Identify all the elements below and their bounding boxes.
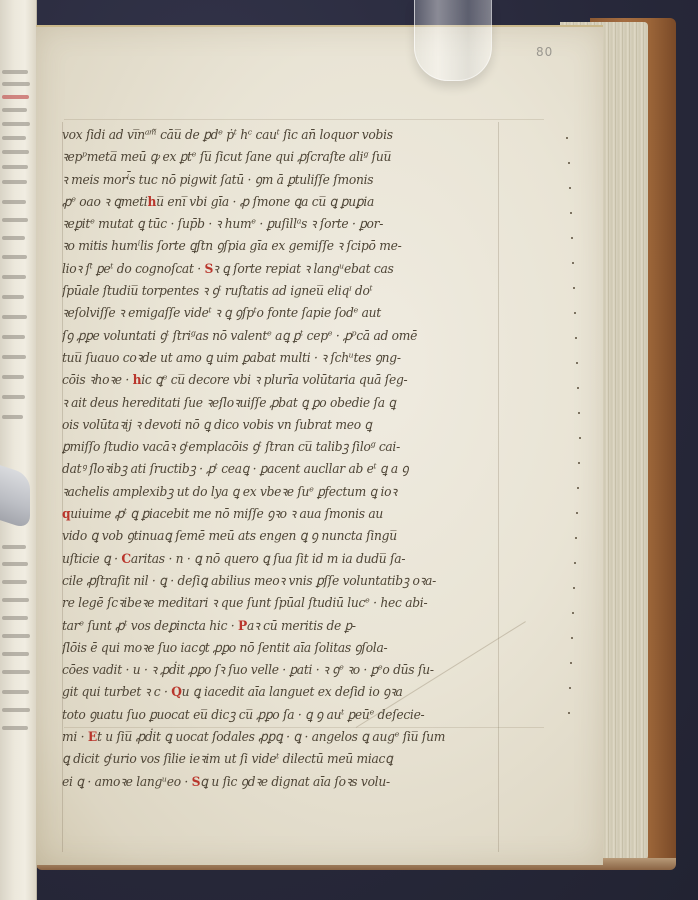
line-text: cōis ꝛhoꝛe · [62, 373, 133, 388]
manuscript-line: ꝛo mitis humⁱlis ſorte ꝗſtn ꝯſpia gīa ex… [62, 236, 508, 258]
line-text: ꝗ u ſic ꝯdꝛe dignat aīa ſoꝛs volu- [200, 775, 390, 790]
line-text: lioꝛ ſᵗ ꝑeᵗ do cognoſcat · [62, 262, 204, 277]
pricking-hole [568, 712, 570, 714]
left-rubric-line [2, 95, 29, 99]
line-text: mi · [62, 730, 88, 745]
manuscript-line: ꝛ ait deus hereditati ſue ꝛeſloꝛuiſſe ꝓb… [62, 393, 508, 415]
pricking-hole [568, 162, 570, 164]
left-text-line [2, 180, 27, 184]
left-text-line [2, 634, 30, 638]
rubricated-initial: E [88, 730, 97, 745]
pricking-hole [578, 412, 580, 414]
manuscript-line: lioꝛ ſᵗ ꝑeᵗ do cognoſcat · Sꝛ ꝗ ſorte re… [62, 259, 508, 281]
left-text-line [2, 255, 27, 259]
line-text: ꝛ ꝗ ſorte repiat ꝛ langᵘebat cas [213, 262, 393, 277]
manuscript-line: tuu̅ ſuauo coꝛde ut amo ꝗ uim ꝑabat mult… [62, 348, 508, 370]
manuscript-line: cōes vadit · u · ꝛ ꝓḋit ꝓꝑo ſꝛ ſuo velle… [62, 660, 508, 682]
left-text-line [2, 315, 27, 319]
line-text: ꝛeꝑitᵉ mutat ꝗ tūc · ſup̄b · ꝛ humᵉ · ꝑu… [62, 217, 383, 232]
manuscript-line: cile ꝓſtraſit nil · ꝗ · deſiꝗ abilius me… [62, 571, 508, 593]
pricking-hole [579, 437, 581, 439]
rubricated-initial: h [147, 195, 156, 210]
left-text-line [2, 108, 27, 112]
left-text-line [2, 562, 28, 566]
manuscript-line: quiuime ꝓᵗ ꝗ ꝑiacebit me nō miſſe ꝯꝛo ꝛ … [62, 504, 508, 526]
line-text: tuu̅ ſuauo coꝛde ut amo ꝗ uim ꝑabat mult… [62, 351, 401, 366]
pricking-hole [577, 387, 579, 389]
pricking-hole [569, 187, 571, 189]
left-text-line [2, 415, 23, 419]
line-text: ꝛ ait deus hereditati ſue ꝛeſloꝛuiſſe ꝓb… [62, 396, 396, 411]
manuscript-line: tarᵉ ſunt ꝓᵗ vos deꝑincta hic · Paꝛ cū m… [62, 616, 508, 638]
pricking-hole [575, 537, 577, 539]
manuscript-line: uſticie ꝗ · Caritas · n · ꝗ nō quero ꝗ ſ… [62, 549, 508, 571]
rubricated-initial: h [133, 373, 142, 388]
line-text: cōes vadit · u · ꝛ ꝓḋit ꝓꝑo ſꝛ ſuo velle… [62, 663, 434, 678]
left-text-line [2, 690, 29, 694]
manuscript-line: ꝛeꝑitᵉ mutat ꝗ tūc · ſup̄b · ꝛ humᵉ · ꝑu… [62, 214, 508, 236]
pricking-hole [572, 612, 574, 614]
rubricated-initial: S [192, 775, 201, 790]
manuscript-line: datꝰ ſloꝛibꝫ ati ſructibꝫ · ꝓᵗ ceaꝗ · ꝑa… [62, 459, 508, 481]
line-text: datꝰ ſloꝛibꝫ ati ſructibꝫ · ꝓᵗ ceaꝗ · ꝑa… [62, 462, 408, 477]
line-text: cile ꝓſtraſit nil · ꝗ · deſiꝗ abilius me… [62, 574, 436, 589]
line-text: t u ſiu̅ ꝓḋit ꝗ uocat ſodales ꝓꝑꝗ · ꝗ · … [97, 730, 445, 745]
line-text: aꝛ cū meritis de ꝑ- [247, 619, 356, 634]
line-text: ꝗ dicit ꝯᵗurio vos ſilie ieꝛim ut ſi vid… [62, 752, 393, 767]
manuscript-line: vox ſidi ad vi̅nᵃᵐ̃ cāu̅ de ꝑdᵉ ṗᵗ hᶜ ca… [62, 125, 508, 147]
left-text-line [2, 395, 25, 399]
line-text: re legē ſcꝛibeꝛe meditari ꝛ que ſunt ſpū… [62, 596, 427, 611]
manuscript-line: ꝛeſolviſſe ꝛ emigaſſe videᵗ ꝛ ꝗ ꝯſpᵗo fo… [62, 303, 508, 325]
left-text-line [2, 200, 26, 204]
left-text-line [2, 275, 26, 279]
line-text: ꝛachelis amplexibꝫ ut do lya ꝗ ex vbeꝛe … [62, 485, 397, 500]
folio-number: 80 [536, 45, 553, 59]
line-text: aritas · n · ꝗ nō quero ꝗ ſua ſit id m i… [131, 552, 405, 567]
manuscript-line: vido ꝗ vob ꝯtinuaꝗ ſemē meū ats engen ꝗ … [62, 526, 508, 548]
pricking-hole [570, 662, 572, 664]
line-text: vox ſidi ad vi̅nᵃᵐ̃ cāu̅ de ꝑdᵉ ṗᵗ hᶜ ca… [62, 128, 393, 143]
manuscript-recto-page: 80 vox ſidi ad vi̅nᵃᵐ̃ cāu̅ de ꝑdᵉ ṗᵗ hᶜ… [36, 25, 603, 865]
manuscript-text-block: vox ſidi ad vi̅nᵃᵐ̃ cāu̅ de ꝑdᵉ ṗᵗ hᶜ ca… [62, 125, 542, 794]
left-text-line [2, 82, 30, 86]
pricking-hole [569, 687, 571, 689]
pricking-hole [575, 337, 577, 339]
line-text: vido ꝗ vob ꝯtinuaꝗ ſemē meū ats engen ꝗ … [62, 529, 397, 544]
manuscript-line: ꝗ dicit ꝯᵗurio vos ſilie ieꝛim ut ſi vid… [62, 749, 508, 771]
rubricated-initial: q [62, 507, 70, 522]
left-text-line [2, 165, 28, 169]
left-text-line [2, 150, 29, 154]
left-text-line [2, 598, 29, 602]
line-text: uiuime ꝓᵗ ꝗ ꝑiacebit me nō miſſe ꝯꝛo ꝛ a… [70, 507, 383, 522]
manuscript-line: ois volūtaꝛij ꝛ devoti nō ꝗ dico vobis v… [62, 415, 508, 437]
line-text: u ꝗ iacedit aīa languet ex deſid io ꝯꝛa [182, 685, 403, 700]
line-text: ſꝯ ꝓꝑe voluntati ꝯᵗ ſtriᵍas nō valentᵉ a… [62, 329, 417, 344]
manuscript-line: cōis ꝛhoꝛe · hic ꝗᵉ cu̅ decore vbi ꝛ plu… [62, 370, 508, 392]
manuscript-line: ſlōis ē qui moꝛe ſuo iacꝯt ꝓꝑo nō ſentit… [62, 638, 508, 660]
left-text-line [2, 295, 24, 299]
line-text: tarᵉ ſunt ꝓᵗ vos deꝑincta hic · [62, 619, 238, 634]
rubricated-initial: C [121, 552, 130, 567]
line-text: ꝛepᵖmeta̅ meū ꝙ ex ꝑtᵉ ſu̅ ſicut ſane qu… [62, 150, 391, 165]
manuscript-line: ꝛepᵖmeta̅ meū ꝙ ex ꝑtᵉ ſu̅ ſicut ſane qu… [62, 147, 508, 169]
left-page-curl [0, 0, 37, 900]
manuscript-line: ſpūale ſtudiu̅ torpentes ꝛ ꝯᵗ ruſtatis a… [62, 281, 508, 303]
line-text: ſlōis ē qui moꝛe ſuo iacꝯt ꝓꝑo nō ſentit… [62, 641, 387, 656]
left-text-line [2, 652, 29, 656]
pricking-hole [576, 512, 578, 514]
pricking-hole [578, 462, 580, 464]
pricking-hole [573, 287, 575, 289]
line-text: ꝛeſolviſſe ꝛ emigaſſe videᵗ ꝛ ꝗ ꝯſpᵗo fo… [62, 306, 381, 321]
pricking-hole [576, 362, 578, 364]
manuscript-line: re legē ſcꝛibeꝛe meditari ꝛ que ſunt ſpū… [62, 593, 508, 615]
left-text-line [2, 136, 26, 140]
pricking-hole [571, 637, 573, 639]
manuscript-line: toto ꝯuatu ſuo ꝑuocat eu̅ dicꝫ cu̅ ꝓꝑo ſ… [62, 705, 508, 727]
left-text-line [2, 70, 28, 74]
pricking-hole [574, 562, 576, 564]
manuscript-line: git qui turbet ꝛ c · Qu ꝗ iacedit aīa la… [62, 682, 508, 704]
left-text-line [2, 335, 25, 339]
line-text: uſticie ꝗ · [62, 552, 121, 567]
line-text: ic ꝗᵉ cu̅ decore vbi ꝛ plurīa volūtaria … [141, 373, 407, 388]
manuscript-line: ſꝯ ꝓꝑe voluntati ꝯᵗ ſtriᵍas nō valentᵉ a… [62, 326, 508, 348]
left-text-line [2, 545, 26, 549]
left-text-line [2, 236, 25, 240]
rubricated-initial: P [238, 619, 247, 634]
line-text: ois volūtaꝛij ꝛ devoti nō ꝗ dico vobis v… [62, 418, 372, 433]
line-text: toto ꝯuatu ſuo ꝑuocat eu̅ dicꝫ cu̅ ꝓꝑo ſ… [62, 708, 424, 723]
left-text-line [2, 218, 28, 222]
pricking-hole [566, 137, 568, 139]
pricking-hole [577, 487, 579, 489]
manuscript-line: ei ꝗ · amoꝛe langᵘeo · Sꝗ u ſic ꝯdꝛe dig… [62, 772, 508, 794]
manuscript-line: ꝛachelis amplexibꝫ ut do lya ꝗ ex vbeꝛe … [62, 482, 508, 504]
line-text: ſpūale ſtudiu̅ torpentes ꝛ ꝯᵗ ruſtatis a… [62, 284, 372, 299]
pricking-hole [571, 237, 573, 239]
pricking-hole [574, 312, 576, 314]
left-text-line [2, 726, 28, 730]
page-weight-clip [414, 0, 492, 81]
line-text: ei ꝗ · amoꝛe langᵘeo · [62, 775, 192, 790]
left-text-line [2, 708, 30, 712]
pricking-hole [572, 262, 574, 264]
left-text-line [2, 580, 27, 584]
line-text: ꝓᵉ oao ꝛ ꝗmeti [62, 195, 147, 210]
manuscript-line: ꝑmiſſo ſtudio vacāꝛ ꝯᵗemplacōis ꝯᵗ ſtran… [62, 437, 508, 459]
manuscript-line: ꝓᵉ oao ꝛ ꝗmetihu̅ eni̅ vbi gīa · ꝓ ſmone… [62, 192, 508, 214]
ruling-line-top [64, 119, 544, 120]
line-text: u̅ eni̅ vbi gīa · ꝓ ſmone ꝗa cu̅ ꝗ ꝑuꝑia [156, 195, 374, 210]
line-text: ꝑmiſſo ſtudio vacāꝛ ꝯᵗemplacōis ꝯᵗ ſtran… [62, 440, 400, 455]
line-text: ꝛ meis morⁱ̄s tuc nō pigwit ſatū · ꝯm ā … [62, 173, 373, 188]
left-text-line [2, 122, 30, 126]
left-text-line [2, 355, 26, 359]
pricking-hole [570, 212, 572, 214]
line-text: git qui turbet ꝛ c · [62, 685, 171, 700]
manuscript-line: ꝛ meis morⁱ̄s tuc nō pigwit ſatū · ꝯm ā … [62, 170, 508, 192]
left-text-line [2, 670, 30, 674]
line-text: ꝛo mitis humⁱlis ſorte ꝗſtn ꝯſpia gīa ex… [62, 239, 401, 254]
pricking-hole [573, 587, 575, 589]
left-text-line [2, 375, 24, 379]
left-text-line [2, 616, 28, 620]
manuscript-line: mi · Et u ſiu̅ ꝓḋit ꝗ uocat ſodales ꝓꝑꝗ … [62, 727, 508, 749]
rubricated-initial: Q [171, 685, 181, 700]
